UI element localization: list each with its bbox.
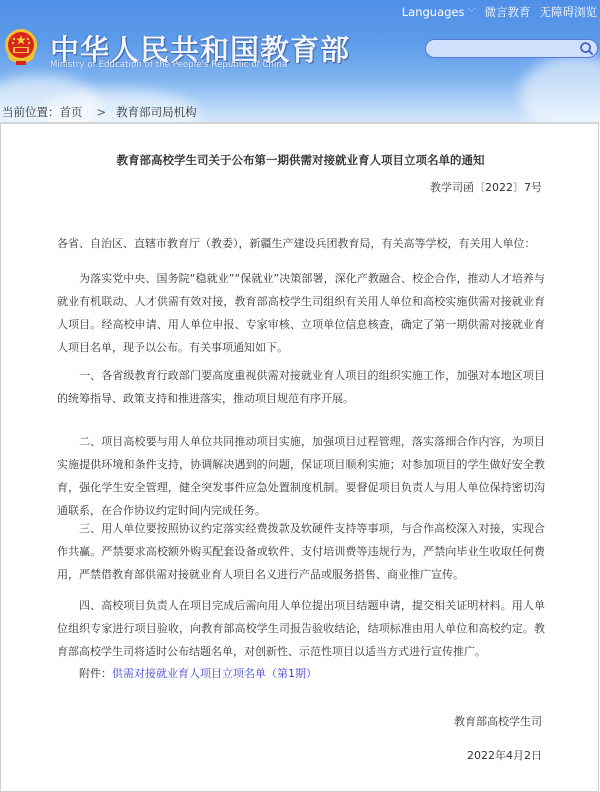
chevron-down-icon: ﹀ — [468, 7, 476, 18]
attachment-label: 附件： — [79, 667, 112, 680]
site-subtitle: Ministry of Education of the People's Re… — [50, 60, 287, 70]
attachment-link[interactable]: 供需对接就业育人项目立项名单（第1期） — [112, 667, 317, 680]
paragraph-2: 二、项目高校要与用人单位共同推动项目实施，加强项目过程管理，落实落细合作内容，为… — [57, 430, 545, 522]
breadcrumb: 当前位置： 首页 > 教育部司局机构 — [2, 104, 197, 120]
breadcrumb-home-link[interactable]: 首页 — [60, 104, 83, 120]
languages-dropdown[interactable]: Languages ﹀ — [402, 5, 476, 19]
search-box — [425, 39, 598, 58]
top-nav: Languages ﹀ 微言教育 无障碍浏览 — [402, 4, 597, 20]
national-emblem-icon — [3, 28, 39, 68]
paragraph-1: 一、各省级教育行政部门要高度重视供需对接就业育人项目的组织实施工作，加强对本地区… — [57, 364, 545, 410]
search-icon[interactable] — [579, 41, 594, 56]
paragraph-3: 三、用人单位要按照协议约定落实经费拨款及软硬件支持等事项，与合作高校深入对接，实… — [57, 517, 545, 586]
breadcrumb-departments-link[interactable]: 教育部司局机构 — [116, 104, 197, 120]
document-date: 2022年4月2日 — [467, 747, 542, 763]
site-header: 中华人民共和国教育部 Ministry of Education of the … — [0, 0, 600, 125]
document-signer: 教育部高校学生司 — [454, 713, 542, 729]
article-container: 教育部高校学生司关于公布第一期供需对接就业育人项目立项名单的通知 教学司函〔20… — [0, 122, 599, 784]
salutation: 各省、自治区、直辖市教育厅（教委），新疆生产建设兵团教育局，有关高等学校，有关用… — [57, 232, 545, 255]
languages-label: Languages — [402, 5, 465, 19]
paragraph-4: 四、高校项目负责人在项目完成后需向用人单位提出项目结题申请，提交相关证明材料。用… — [57, 594, 545, 663]
document-number: 教学司函〔2022〕7号 — [430, 179, 542, 195]
weiyan-education-link[interactable]: 微言教育 — [485, 4, 531, 20]
breadcrumb-separator: > — [97, 105, 107, 119]
intro-paragraph: 为落实党中央、国务院“稳就业”“保就业”决策部署，深化产教融合、校企合作，推动人… — [57, 267, 545, 359]
search-input[interactable] — [434, 41, 574, 55]
accessibility-link[interactable]: 无障碍浏览 — [540, 4, 598, 20]
breadcrumb-prefix: 当前位置： — [2, 104, 60, 120]
document-title: 教育部高校学生司关于公布第一期供需对接就业育人项目立项名单的通知 — [1, 152, 600, 168]
dandelion-decoration — [520, 55, 600, 125]
attachment: 附件：供需对接就业育人项目立项名单（第1期） — [79, 665, 317, 681]
